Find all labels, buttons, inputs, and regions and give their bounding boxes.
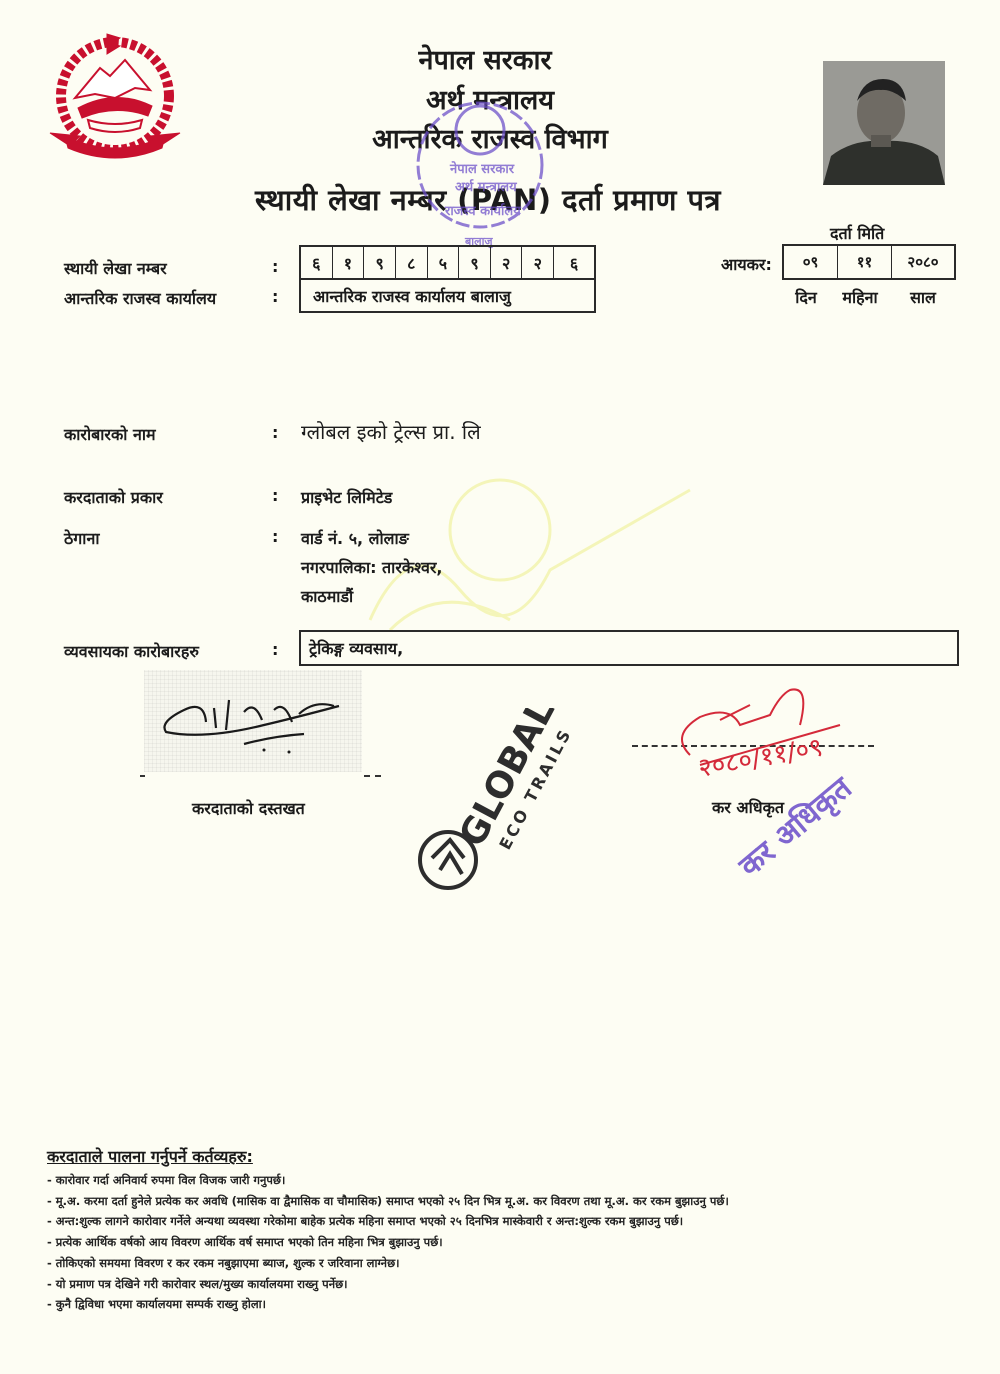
taxpayer-type-value: प्राइभेट लिमिटेड: [301, 486, 392, 508]
pan-digit: २: [522, 247, 554, 278]
pan-box: ६ १ ९ ८ ५ ९ २ २ ६ आन्तरिक राजस्व कार्याल…: [299, 245, 596, 313]
duty-item: यो प्रमाण पत्र देखिने गरी कारोवार स्थल/म…: [47, 1274, 977, 1295]
address-label: ठेगाना: [64, 527, 99, 549]
registration-date-title: दर्ता मिति: [830, 222, 884, 244]
pan-digit: ८: [396, 247, 428, 278]
taxpayer-type-colon: :: [272, 486, 278, 505]
income-tax-label: आयकर:: [721, 253, 772, 275]
office-label: आन्तरिक राजस्व कार्यालय: [64, 287, 216, 309]
officer-stamp-text: कर अधिकृत: [731, 769, 860, 886]
business-activities-colon: :: [272, 640, 278, 659]
unit-month: महिना: [830, 286, 890, 308]
pan-digit: २: [491, 247, 523, 278]
pan-label: स्थायी लेखा नम्बर: [64, 257, 167, 279]
registration-date-box: ०९ ११ २०८०: [782, 244, 956, 280]
faint-watermark-icon: [350, 470, 710, 640]
pan-digits: ६ १ ९ ८ ५ ९ २ २ ६: [301, 247, 594, 280]
duty-item: मू.अ. करमा दर्ता हुनेले प्रत्येक कर अवधि…: [47, 1191, 977, 1212]
duty-item: कुनै द्विविधा भएमा कार्यालयमा सम्पर्क रा…: [47, 1294, 977, 1315]
official-seal-icon: नेपाल सरकार अर्थ मन्त्रालय राजस्व कार्या…: [395, 95, 565, 255]
date-month: ११: [838, 246, 892, 278]
unit-day: दिन: [782, 286, 830, 308]
duties-title: करदाताले पालना गर्नुपर्ने कर्तव्यहरु:: [47, 1145, 253, 1167]
taxpayer-signature-label: करदाताको दस्तखत: [192, 797, 305, 819]
date-day: ०९: [784, 246, 838, 278]
pan-digit: ९: [364, 247, 396, 278]
pan-digit: ९: [459, 247, 491, 278]
business-activities-value: ट्रेकिङ्ग व्यवसाय,: [299, 630, 959, 666]
pan-digit: ६: [554, 247, 594, 278]
pan-colon: :: [272, 257, 278, 276]
address-line-2: नगरपालिका: तारकेश्वर,: [301, 556, 442, 578]
svg-text:राजस्व कार्यालय: राजस्व कार्यालय: [444, 203, 521, 219]
business-activities-label: व्यवसायका कारोबारहरु: [64, 640, 199, 662]
duty-item: तोकिएको समयमा विवरण र कर रकम नबुझाएमा ब्…: [47, 1253, 977, 1274]
office-colon: :: [272, 287, 278, 306]
pan-digit: ६: [301, 247, 333, 278]
applicant-photo: [823, 61, 945, 185]
date-year: २०८०: [892, 246, 954, 278]
business-name-colon: :: [272, 423, 278, 442]
company-logo-stamp-icon: GLOBAL ECO TRAILS: [410, 708, 590, 903]
date-units: दिन महिना साल: [782, 286, 956, 308]
office-value: आन्तरिक राजस्व कार्यालय बालाजु: [301, 280, 594, 311]
svg-text:अर्थ मन्त्रालय: अर्थ मन्त्रालय: [455, 179, 517, 195]
signature-line-right: [364, 775, 381, 777]
taxpayer-type-label: करदाताको प्रकार: [64, 486, 163, 508]
unit-year: साल: [890, 286, 956, 308]
address-line-1: वार्ड नं. ५, लोलाङ: [301, 527, 409, 549]
pan-digit: १: [333, 247, 365, 278]
duty-item: प्रत्येक आर्थिक वर्षको आय विवरण आर्थिक व…: [47, 1232, 977, 1253]
signature-line-left: [140, 775, 145, 777]
duty-item: अन्त:शुल्क लागने कारोवार गर्नेले अन्यथा …: [47, 1211, 977, 1232]
taxpayer-signature: [144, 670, 362, 772]
address-colon: :: [272, 527, 278, 546]
business-name-label: कारोबारको नाम: [64, 423, 156, 445]
address-line-3: काठमाडौं: [301, 585, 353, 607]
signature-scribble-icon: [144, 670, 362, 772]
svg-text:नेपाल सरकार: नेपाल सरकार: [449, 161, 515, 177]
officer-stamp-icon: कर अधिकृत: [730, 760, 890, 890]
pan-digit: ५: [428, 247, 460, 278]
duty-item: कारोवार गर्दा अनिवार्य रुपमा विल विजक जा…: [47, 1170, 977, 1191]
business-name-value: ग्लोबल इको ट्रेल्स प्रा. लि: [301, 418, 481, 445]
duties-list: कारोवार गर्दा अनिवार्य रुपमा विल विजक जा…: [47, 1170, 977, 1315]
